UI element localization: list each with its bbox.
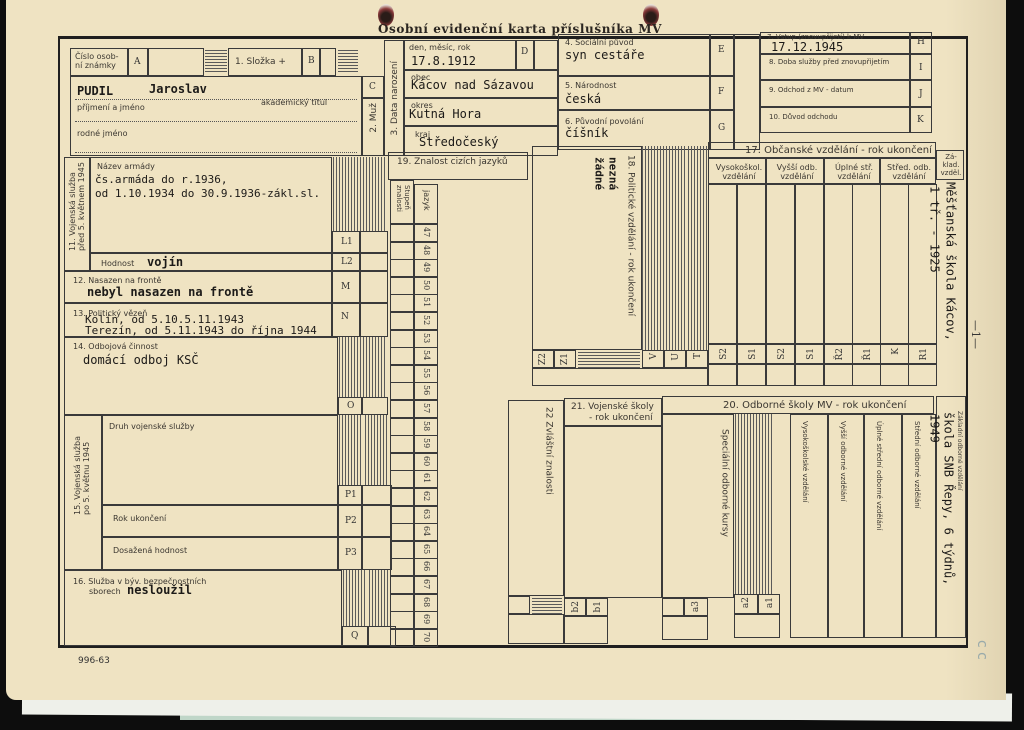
civil-edu-code: S2 bbox=[719, 348, 729, 360]
code-f-cell: F bbox=[710, 76, 734, 110]
service-type-field[interactable]: Druh vojenské služby bbox=[102, 415, 338, 505]
code-e-cell: E bbox=[710, 34, 734, 76]
leave-reason-field[interactable]: 10. Důvod odchodu bbox=[760, 107, 910, 133]
civil-edu-code-cell: K bbox=[880, 344, 909, 364]
pencil-mark: c c bbox=[974, 640, 990, 660]
language-header: jazyk bbox=[414, 184, 438, 224]
special-knowledge-label: 22 Zvláštní znalosti bbox=[543, 407, 553, 495]
code-q-cell: Q bbox=[342, 626, 368, 646]
language-code: 51 bbox=[422, 297, 431, 307]
civil-col-2-header: Vyšší odb. vzdělání bbox=[766, 158, 824, 184]
code-k-cell: K bbox=[910, 107, 932, 133]
hatch-block bbox=[363, 337, 387, 397]
nationality-label: 5. Národnost bbox=[565, 81, 616, 90]
political-edu-value-1: nezná bbox=[607, 157, 619, 190]
civil-col-3-header: Úplné stř. vzdělání bbox=[824, 158, 880, 184]
language-level-field[interactable] bbox=[390, 611, 414, 629]
code-b2: b2 bbox=[571, 601, 581, 613]
language-level-field[interactable] bbox=[390, 523, 414, 541]
language-code-cell: 48 bbox=[414, 242, 438, 260]
leave-reason-label: 10. Důvod odchodu bbox=[769, 113, 837, 121]
hatch-block bbox=[365, 415, 389, 485]
code-j: J bbox=[919, 89, 923, 99]
sex-label: 2. Muž bbox=[369, 103, 379, 133]
code-p1-cell: P1 bbox=[338, 485, 362, 505]
civil-edu-field[interactable] bbox=[766, 184, 795, 344]
language-code: 59 bbox=[422, 438, 431, 448]
language-code-cell: 66 bbox=[414, 558, 438, 576]
code-a3: a3 bbox=[691, 601, 701, 612]
achieved-rank-label: Dosažená hodnost bbox=[113, 546, 187, 555]
mv-col-3[interactable]: Úplné střední odborné vzdělání bbox=[864, 414, 902, 638]
dotted-line bbox=[75, 121, 357, 122]
language-level-field[interactable] bbox=[390, 558, 414, 576]
language-code: 66 bbox=[422, 561, 431, 571]
civil-col-5-header: Zá-klad. vzděl. bbox=[936, 150, 964, 180]
language-level-field[interactable] bbox=[390, 506, 414, 524]
political-edu-field[interactable]: 18. Politické vzdělání - rok ukončení ne… bbox=[532, 146, 642, 350]
civil-edu-value-cell[interactable] bbox=[824, 364, 853, 386]
basic-school-value-1: Měšťanská škola Kácov, bbox=[944, 182, 957, 341]
mv-col-3-label: Úplné střední odborné vzdělání bbox=[875, 421, 883, 530]
code-o-cell: O bbox=[338, 397, 362, 415]
security-corps-field[interactable]: 16. Služba v býv. bezpečnostních sborech… bbox=[64, 570, 342, 646]
language-level-field[interactable] bbox=[390, 259, 414, 277]
academic-title-label: akademický titul bbox=[261, 98, 327, 107]
civil-edu-code-cell: Ř2 bbox=[824, 344, 853, 364]
birth-date-value: 17.8.1912 bbox=[411, 55, 476, 68]
civil-edu-code-cell: S2 bbox=[708, 344, 737, 364]
language-code-cell: 60 bbox=[414, 453, 438, 471]
civil-edu-code-cell: Ř1 bbox=[852, 344, 881, 364]
language-code-cell: 53 bbox=[414, 330, 438, 348]
code-p1: P1 bbox=[345, 490, 357, 500]
language-level-field[interactable] bbox=[390, 629, 414, 647]
civil-edu-value-cell[interactable] bbox=[908, 364, 937, 386]
birth-name-label: rodné jméno bbox=[77, 129, 128, 138]
mv-schools-label: 20. Odborné školy MV - rok ukončení bbox=[723, 400, 906, 412]
birth-date-field[interactable]: den, měsíc, rok 17.8.1912 bbox=[404, 40, 516, 70]
language-code-cell: 54 bbox=[414, 347, 438, 365]
firstname-value: Jaroslav bbox=[149, 83, 207, 96]
code-g: G bbox=[718, 123, 725, 133]
military-schools-field[interactable] bbox=[564, 426, 662, 598]
language-code-cell: 56 bbox=[414, 382, 438, 400]
original-job-label: 6. Původní povolání bbox=[565, 117, 644, 126]
language-code: 53 bbox=[422, 333, 431, 343]
language-code: 52 bbox=[422, 315, 431, 325]
civil-edu-code: R1 bbox=[919, 348, 929, 361]
language-code: 64 bbox=[422, 526, 431, 536]
political-edu-label: 18. Politické vzdělání - rok ukončení bbox=[625, 155, 635, 316]
language-code-cell: 58 bbox=[414, 418, 438, 436]
kraj-value: Středočeský bbox=[419, 136, 498, 149]
code-p1-value[interactable] bbox=[362, 485, 392, 505]
language-level-field[interactable] bbox=[390, 541, 414, 559]
service-type-label: Druh vojenské služby bbox=[109, 422, 194, 431]
civil-col-5-label: Zá-klad. vzděl. bbox=[939, 153, 963, 177]
front-label: 12. Nasazen na frontě bbox=[73, 276, 161, 285]
army-field[interactable]: Název armády čs.armáda do r.1936, od 1.1… bbox=[90, 157, 332, 253]
civil-edu-value-cell[interactable] bbox=[852, 364, 881, 386]
mv-values-right[interactable] bbox=[734, 614, 780, 638]
name-label: příjmení a jméno bbox=[77, 103, 145, 112]
language-level-field[interactable] bbox=[390, 435, 414, 453]
nationality-value: česká bbox=[565, 93, 601, 106]
code-v-cell: V bbox=[642, 350, 664, 368]
civil-edu-field[interactable] bbox=[737, 184, 766, 344]
civil-edu-code: S1 bbox=[806, 348, 816, 360]
hatch-block bbox=[666, 146, 686, 350]
code-l2-value[interactable] bbox=[360, 253, 388, 271]
civil-edu-code-cell: S1 bbox=[737, 344, 766, 364]
language-code: 70 bbox=[422, 632, 431, 642]
language-code: 62 bbox=[422, 491, 431, 501]
special-code-cell bbox=[508, 596, 530, 614]
cislo-label-cell: Číslo osob- ní známky bbox=[70, 48, 128, 76]
code-o-value[interactable] bbox=[362, 397, 388, 415]
military-after-side: 15. Vojenská služba po 5. květnu 1945 bbox=[64, 415, 102, 570]
language-code: 65 bbox=[422, 544, 431, 554]
code-l1-cell: L1 bbox=[332, 231, 360, 253]
mv-col-5-label: Základní odborné vzdělání bbox=[955, 411, 962, 491]
army-line2: od 1.10.1934 do 30.9.1936-zákl.sl. bbox=[95, 188, 320, 200]
mv-col-4-label: Střední odborné vzdělání bbox=[913, 421, 921, 509]
code-p3-value[interactable] bbox=[362, 537, 392, 570]
code-dash-cell bbox=[662, 598, 684, 616]
personnel-card: Osobní evidenční karta příslušníka MV Čí… bbox=[6, 0, 1006, 700]
cislo-label: Číslo osob- ní známky bbox=[75, 52, 119, 70]
language-code: 50 bbox=[422, 280, 431, 290]
code-p2-cell: P2 bbox=[338, 505, 362, 537]
service-before-label: 8. Doba služby před znovupřijetím bbox=[769, 58, 889, 66]
code-i: I bbox=[919, 63, 923, 73]
language-code-cell: 61 bbox=[414, 470, 438, 488]
hatch-block bbox=[532, 598, 562, 614]
civil-col-2-label: Vyšší odb. vzdělání bbox=[771, 163, 823, 181]
civil-edu-code-cell: S1 bbox=[795, 344, 824, 364]
language-code: 67 bbox=[422, 579, 431, 589]
code-a-cell: A bbox=[128, 48, 148, 76]
code-l2-cell: L2 bbox=[332, 253, 360, 271]
code-c: C bbox=[369, 82, 376, 92]
page-number: —1— bbox=[969, 320, 982, 349]
political-edu-value-2: žádné bbox=[593, 157, 605, 190]
basic-school-value-2: 1 tř. - 1925 bbox=[928, 186, 941, 273]
language-code-cell: 51 bbox=[414, 294, 438, 312]
code-a: A bbox=[134, 57, 141, 67]
language-level-field[interactable] bbox=[390, 330, 414, 348]
political-prisoner-line2: Terezín, od 5.11.1943 do října 1944 bbox=[85, 325, 317, 337]
code-b: B bbox=[308, 56, 315, 66]
code-a1-cell: a1 bbox=[758, 594, 780, 614]
political-edu-values-row[interactable] bbox=[532, 368, 708, 386]
military-schools-label-2: - rok ukončení bbox=[589, 413, 653, 423]
mv-values-left[interactable] bbox=[662, 616, 708, 640]
language-code-cell: 62 bbox=[414, 488, 438, 506]
language-code-cell: 59 bbox=[414, 435, 438, 453]
code-h: H bbox=[917, 37, 925, 47]
special-courses-label: Speciální odborné kursy bbox=[719, 429, 729, 537]
civil-edu-code: S1 bbox=[748, 348, 758, 360]
level-label: Stupeň znalosti bbox=[395, 185, 411, 223]
civil-edu-field[interactable] bbox=[795, 184, 824, 344]
civil-edu-field[interactable] bbox=[880, 184, 909, 344]
code-z1-cell: Z1 bbox=[554, 350, 576, 368]
language-code: 56 bbox=[422, 385, 431, 395]
okres-field[interactable]: okres Kutná Hora bbox=[404, 98, 558, 126]
birth-data-cell: 3. Data narození bbox=[384, 40, 404, 156]
language-code: 54 bbox=[422, 350, 431, 360]
mv-col-4[interactable]: Střední odborné vzdělání bbox=[902, 414, 936, 638]
okres-value: Kutná Hora bbox=[409, 108, 481, 121]
obec-field[interactable]: obec Kácov nad Sázavou bbox=[404, 70, 558, 98]
civil-col-1-header: Vysokoškol. vzdělání bbox=[708, 158, 766, 184]
rank-value: vojín bbox=[147, 256, 183, 269]
language-level-field[interactable] bbox=[390, 277, 414, 295]
language-code-cell: 68 bbox=[414, 594, 438, 612]
hatch-block bbox=[578, 350, 640, 368]
language-level-field[interactable] bbox=[390, 400, 414, 418]
civil-edu-code-cell: R1 bbox=[908, 344, 937, 364]
code-p3: P3 bbox=[345, 548, 357, 558]
hatch-block bbox=[642, 146, 664, 350]
army-label: Název armády bbox=[97, 162, 155, 171]
military-schools-header: 21. Vojenské školy - rok ukončení bbox=[564, 398, 662, 426]
rank-field[interactable]: Hodnost vojín bbox=[90, 253, 332, 271]
mv-col-2[interactable]: Vyšší odborné vzdělání bbox=[828, 414, 864, 638]
language-code: 63 bbox=[422, 509, 431, 519]
language-code-cell: 49 bbox=[414, 259, 438, 277]
sex-cell: 2. Muž bbox=[362, 98, 384, 156]
code-n: N bbox=[341, 312, 349, 322]
language-level-field[interactable] bbox=[390, 294, 414, 312]
name-block: PUDIL Jaroslav příjmení a jméno akademic… bbox=[70, 76, 362, 156]
slozka-value-field[interactable] bbox=[320, 48, 336, 76]
hatch-block bbox=[360, 157, 386, 231]
civil-edu-code: S2 bbox=[777, 348, 787, 360]
code-o: O bbox=[347, 401, 354, 411]
code-b1: b1 bbox=[593, 601, 603, 613]
civil-edu-code-cell: S2 bbox=[766, 344, 795, 364]
code-j-cell: J bbox=[910, 80, 932, 107]
code-d-cell: D bbox=[516, 40, 534, 70]
code-n-value[interactable] bbox=[360, 303, 388, 337]
front-value: nebyl nasazen na frontě bbox=[87, 286, 253, 299]
languages-label: 19. Znalost cizích jazyků bbox=[397, 157, 508, 167]
hatch-block bbox=[339, 337, 361, 397]
nationality-field[interactable]: 5. Národnost česká bbox=[558, 76, 710, 110]
code-b1-cell: b1 bbox=[586, 598, 608, 616]
level-header: Stupeň znalosti bbox=[390, 180, 414, 224]
language-level-field[interactable] bbox=[390, 594, 414, 612]
code-z1: Z1 bbox=[560, 353, 570, 365]
original-job-value: číšník bbox=[565, 127, 608, 140]
language-code-cell: 65 bbox=[414, 541, 438, 559]
code-e: E bbox=[718, 45, 725, 55]
dotted-line bbox=[75, 152, 357, 153]
language-code: 69 bbox=[422, 614, 431, 624]
code-m: M bbox=[341, 282, 350, 292]
civil-edu-value-cell[interactable] bbox=[737, 364, 766, 386]
code-m-cell: M bbox=[332, 271, 360, 303]
civil-edu-header: 17. Občanské vzdělání - rok ukončení bbox=[708, 142, 936, 158]
hatch-block bbox=[339, 415, 363, 485]
social-origin-field[interactable]: 4. Sociální původ syn cestáře bbox=[558, 34, 710, 76]
cislo-value-field[interactable] bbox=[148, 48, 204, 76]
special-values-row[interactable] bbox=[508, 614, 564, 644]
language-code-cell: 63 bbox=[414, 506, 438, 524]
military-after-label: 15. Vojenská služba po 5. květnu 1945 bbox=[73, 436, 91, 515]
achieved-rank-field[interactable]: Dosažená hodnost bbox=[102, 537, 338, 570]
form-number: 996-63 bbox=[78, 656, 110, 666]
mv-col-1[interactable]: Vysokoškolské vzdělání bbox=[790, 414, 828, 638]
civil-edu-code: K bbox=[891, 348, 901, 355]
civil-edu-field[interactable] bbox=[824, 184, 853, 344]
language-code: 47 bbox=[422, 227, 431, 237]
code-u-cell: U bbox=[664, 350, 686, 368]
language-level-field[interactable] bbox=[390, 453, 414, 471]
language-level-field[interactable] bbox=[390, 224, 414, 242]
mv-basic-value-1: škola SNB Řepy, 6 týdnů, bbox=[942, 412, 955, 585]
year-end-label: Rok ukončení bbox=[113, 514, 166, 523]
language-level-field[interactable] bbox=[390, 418, 414, 436]
birth-date-label: den, měsíc, rok bbox=[409, 43, 470, 52]
hatch-block bbox=[333, 157, 359, 231]
language-level-field[interactable] bbox=[390, 576, 414, 594]
civil-col-4-label: Střed. odb. vzdělání bbox=[883, 163, 935, 181]
language-level-field[interactable] bbox=[390, 470, 414, 488]
civil-col-3-label: Úplné stř. vzdělání bbox=[829, 163, 879, 181]
languages-header: 19. Znalost cizích jazyků bbox=[388, 152, 528, 180]
civil-edu-field[interactable] bbox=[708, 184, 737, 344]
civil-edu-code: Ř2 bbox=[835, 348, 845, 361]
language-level-field[interactable] bbox=[390, 365, 414, 383]
code-p3-cell: P3 bbox=[338, 537, 362, 570]
hatch-block bbox=[343, 570, 367, 626]
civil-edu-value-cell[interactable] bbox=[795, 364, 824, 386]
civil-edu-value-cell[interactable] bbox=[880, 364, 909, 386]
language-code-cell: 55 bbox=[414, 365, 438, 383]
hatch-block bbox=[735, 414, 773, 594]
language-code-cell: 67 bbox=[414, 576, 438, 594]
code-v: V bbox=[649, 353, 659, 360]
language-code-cell: 64 bbox=[414, 523, 438, 541]
military-schools-label-1: 21. Vojenské školy bbox=[571, 402, 654, 412]
code-l1: L1 bbox=[341, 237, 353, 247]
code-b2-cell: b2 bbox=[564, 598, 586, 616]
resistance-label: 14. Odbojová činnost bbox=[73, 342, 158, 351]
code-l1-value[interactable] bbox=[360, 231, 388, 253]
birth-data-label: 3. Data narození bbox=[390, 61, 400, 136]
leave-date-field[interactable]: 9. Odchod z MV - datum bbox=[760, 80, 910, 107]
resistance-value: domácí odboj KSČ bbox=[83, 354, 199, 367]
slozka-cell: 1. Složka + bbox=[228, 48, 302, 76]
leave-date-label: 9. Odchod z MV - datum bbox=[769, 86, 854, 94]
social-origin-value: syn cestáře bbox=[565, 49, 644, 62]
code-h-cell: H bbox=[910, 32, 932, 54]
civil-col-4-header: Střed. odb. vzdělání bbox=[880, 158, 936, 184]
code-l2: L2 bbox=[341, 257, 353, 267]
service-before-field[interactable]: 8. Doba služby před znovupřijetím bbox=[760, 54, 910, 80]
civil-edu-field[interactable] bbox=[852, 184, 881, 344]
code-a1: a1 bbox=[765, 597, 775, 608]
entry-field[interactable]: 7. Vstup (znovupřijetí) k MV 17.12.1945 bbox=[760, 32, 910, 54]
front-field[interactable]: 12. Nasazen na frontě nebyl nasazen na f… bbox=[64, 271, 332, 303]
military-before-label: 11. Vojenská služba před 5. květnem 1945 bbox=[68, 162, 86, 251]
entry-value: 17.12.1945 bbox=[771, 41, 843, 54]
surname-value: PUDIL bbox=[77, 85, 113, 98]
code-f: F bbox=[718, 87, 724, 97]
civil-edu-value-cell[interactable] bbox=[766, 364, 795, 386]
language-code-cell: 69 bbox=[414, 611, 438, 629]
language-label: jazyk bbox=[422, 190, 431, 211]
special-knowledge-field[interactable]: 22 Zvláštní znalosti bbox=[508, 400, 564, 596]
code-n-cell: N bbox=[332, 303, 360, 337]
language-level-field[interactable] bbox=[390, 347, 414, 365]
language-code: 58 bbox=[422, 421, 431, 431]
resistance-field[interactable]: 14. Odbojová činnost domácí odboj KSČ bbox=[64, 337, 338, 415]
civil-col-1-label: Vysokoškol. vzdělání bbox=[713, 163, 765, 181]
language-level-field[interactable] bbox=[390, 312, 414, 330]
code-c-cell: C bbox=[362, 76, 384, 98]
social-origin-label: 4. Sociální původ bbox=[565, 38, 634, 47]
political-prisoner-field[interactable]: 13. Politický vězeň Kolín, od 5.10.5.11.… bbox=[64, 303, 332, 337]
code-a3-cell: a3 bbox=[684, 598, 708, 616]
mv-col-2-label: Vyšší odborné vzdělání bbox=[839, 421, 847, 502]
code-z2-cell: Z2 bbox=[532, 350, 554, 368]
code-a2: a2 bbox=[741, 597, 751, 608]
original-job-field[interactable]: 6. Původní povolání číšník bbox=[558, 110, 710, 150]
civil-edu-code: Ř1 bbox=[863, 348, 873, 361]
code-t: T bbox=[693, 353, 703, 359]
mv-basic-value-2: 1949 bbox=[928, 414, 941, 443]
language-level-field[interactable] bbox=[390, 382, 414, 400]
code-d-value[interactable] bbox=[534, 40, 558, 70]
code-p2-value[interactable] bbox=[362, 505, 392, 537]
code-a2-cell: a2 bbox=[734, 594, 758, 614]
code-b-cell: B bbox=[302, 48, 320, 76]
hatch-block bbox=[688, 146, 708, 350]
mv-col-1-label: Vysokoškolské vzdělání bbox=[801, 421, 809, 503]
language-code: 61 bbox=[422, 473, 431, 483]
civil-edu-value-cell[interactable] bbox=[708, 364, 737, 386]
language-code-cell: 70 bbox=[414, 629, 438, 647]
code-t-cell: T bbox=[686, 350, 708, 368]
language-code: 57 bbox=[422, 403, 431, 413]
code-p2: P2 bbox=[345, 516, 357, 526]
language-code: 49 bbox=[422, 262, 431, 272]
language-level-field[interactable] bbox=[390, 488, 414, 506]
language-code: 55 bbox=[422, 368, 431, 378]
mv-schools-header: 20. Odborné školy MV - rok ukončení bbox=[662, 396, 934, 414]
slozka-label: 1. Složka + bbox=[235, 57, 286, 67]
code-k: K bbox=[917, 115, 924, 125]
language-level-field[interactable] bbox=[390, 242, 414, 260]
language-code-cell: 50 bbox=[414, 277, 438, 295]
hatch-block bbox=[205, 50, 227, 72]
army-line1: čs.armáda do r.1936, bbox=[95, 174, 227, 186]
code-z2: Z2 bbox=[538, 353, 548, 365]
language-code-cell: 47 bbox=[414, 224, 438, 242]
military-schools-values[interactable] bbox=[564, 616, 608, 644]
security-corps-value: nesloužil bbox=[127, 584, 192, 597]
year-end-field[interactable]: Rok ukončení bbox=[102, 505, 338, 537]
spacer-column bbox=[734, 34, 760, 150]
special-courses-field[interactable]: Speciální odborné kursy bbox=[662, 414, 734, 598]
language-code-cell: 57 bbox=[414, 400, 438, 418]
code-m-value[interactable] bbox=[360, 271, 388, 303]
